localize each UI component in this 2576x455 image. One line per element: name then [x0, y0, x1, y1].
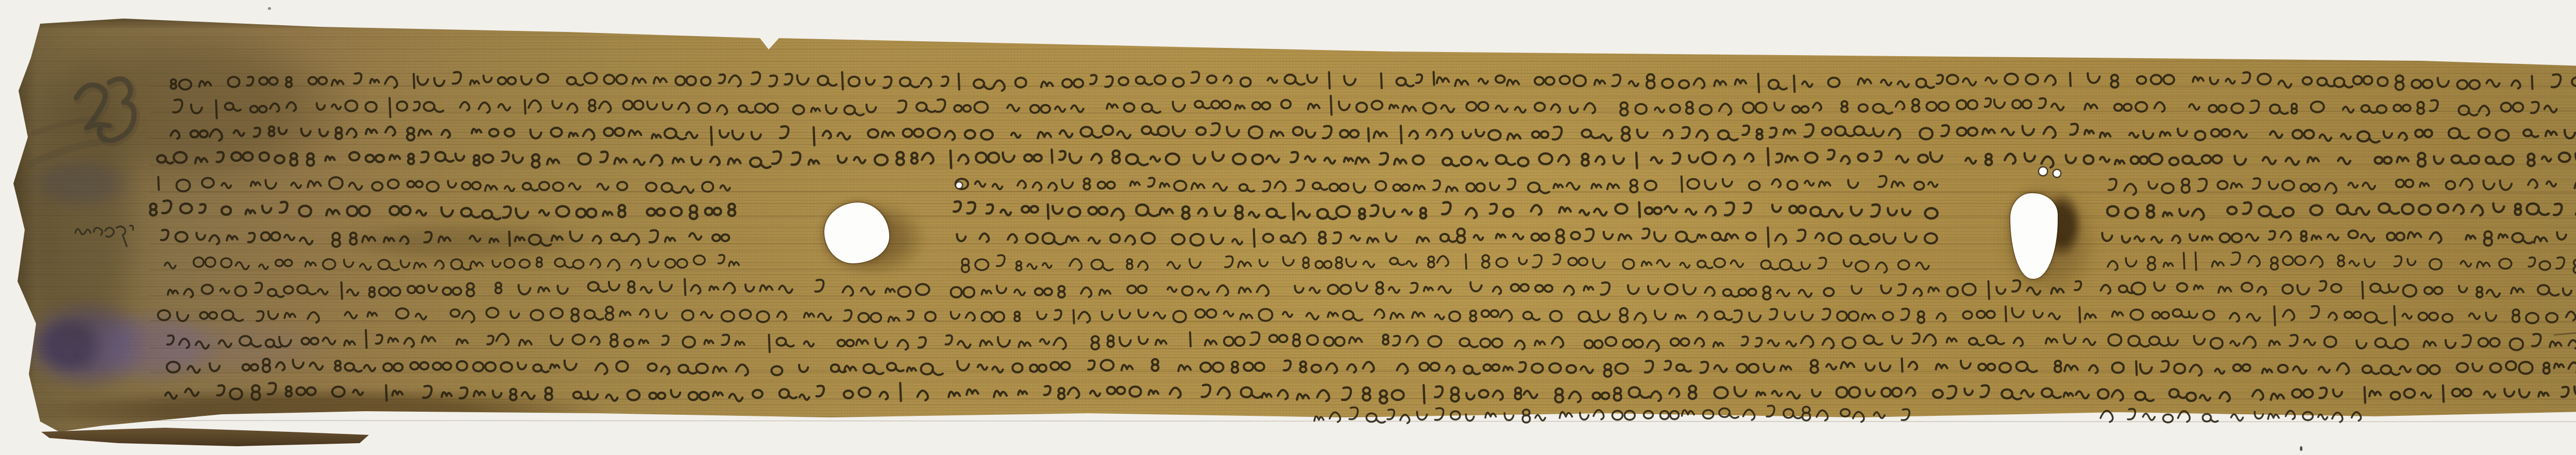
guide-line [150, 372, 2576, 373]
script-line [1314, 406, 2361, 423]
guide-line [150, 138, 2576, 139]
guide-line [150, 165, 2576, 165]
string-hole-left [824, 203, 889, 263]
script-line [165, 383, 2576, 403]
guide-line [150, 269, 2576, 269]
script-line [165, 252, 2576, 274]
guide-line [150, 296, 2576, 296]
guide-line [150, 244, 2576, 244]
guide-line [150, 321, 2576, 322]
ink-annotation [75, 226, 133, 246]
pin-dot [2054, 170, 2060, 177]
margin-stroke [2554, 326, 2576, 335]
scanner-speck [268, 7, 271, 10]
pin-dot [956, 182, 962, 188]
script-line [167, 359, 2576, 377]
left-margin-smear [31, 141, 103, 164]
pin-dot [2039, 167, 2047, 175]
manuscript-scan: 234 [0, 0, 2576, 455]
script-line [173, 96, 2576, 119]
script-line [171, 72, 2576, 92]
script-line [171, 123, 2576, 145]
guide-line [150, 86, 2576, 87]
scanner-speck [2300, 446, 2302, 451]
script-line [158, 306, 2576, 326]
script-ink-layer [0, 0, 2576, 455]
